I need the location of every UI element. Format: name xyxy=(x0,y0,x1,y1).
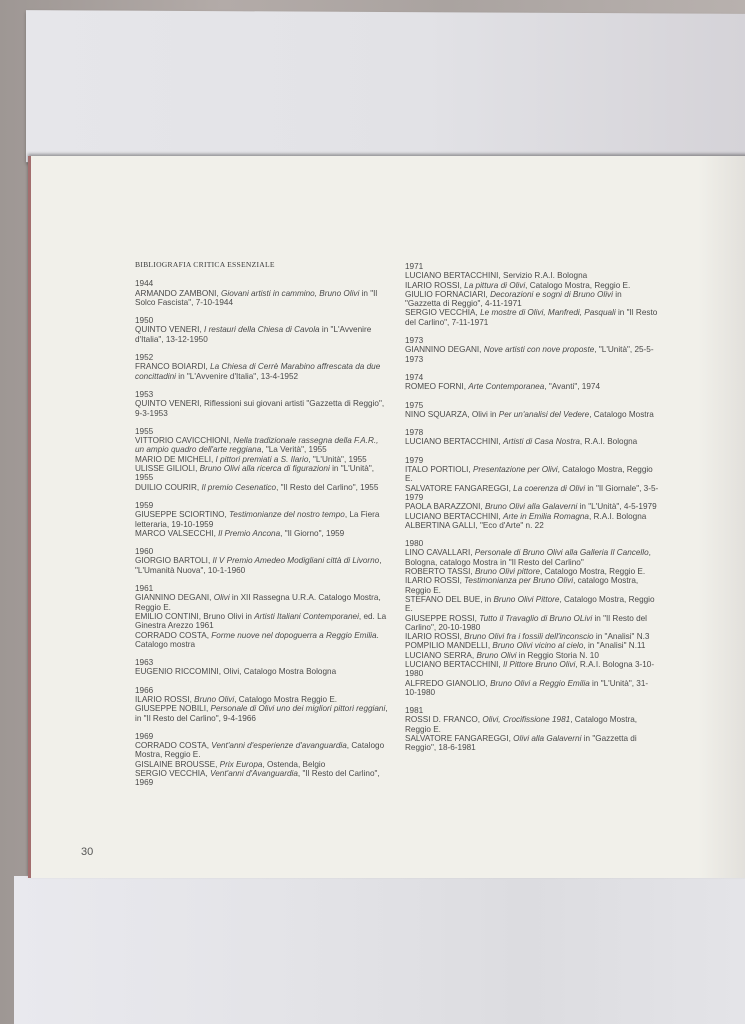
year-list-left: 1944ARMANDO ZAMBONI, Giovani artisti in … xyxy=(135,279,389,787)
entry-author: LINO CAVALLARI xyxy=(405,548,470,557)
entry-title: Forme nuove nel dopoguerra a Reggio Emil… xyxy=(211,631,376,640)
bibliography-entry: ILARIO ROSSI, Testimonianza per Bruno Ol… xyxy=(405,576,659,595)
year-label: 1960 xyxy=(135,547,389,556)
entry-title: Olivi alla Galaverni xyxy=(513,734,581,743)
entry-author: GIANNINO DEGANI xyxy=(135,593,209,602)
page-shadow xyxy=(698,156,745,878)
entry-title: Bruno Olivi fra i fossili dell'inconscio xyxy=(464,632,593,641)
entry-details: , "La Verità", 1955 xyxy=(261,445,326,454)
year-block: 1952FRANCO BOIARDI, La Chiesa di Cerrè M… xyxy=(135,353,389,381)
year-label: 1979 xyxy=(405,456,659,465)
entry-title: Bruno Olivi pittore xyxy=(475,567,540,576)
entry-title: Bruno Olivi xyxy=(476,651,516,660)
entry-author: GIUSEPPE ROSSI xyxy=(405,614,475,623)
entry-title: La coerenza di Olivi xyxy=(513,484,585,493)
bibliography-entry: ILARIO ROSSI, Bruno Olivi fra i fossili … xyxy=(405,632,659,641)
entry-title: Prix Europa xyxy=(220,760,263,769)
bibliography-entry: ULISSE GILIOLI, Bruno Olivi alla ricerca… xyxy=(135,464,389,483)
bibliography-entry: ROSSI D. FRANCO, Olivi, Crocifissione 19… xyxy=(405,715,659,734)
bibliography-entry: SERGIO VECCHIA, Le mostre di Olivi, Manf… xyxy=(405,308,659,327)
bibliography-entry: GIORGIO BARTOLI, Il V Premio Amedeo Modi… xyxy=(135,556,389,575)
bibliography-entry: SALVATORE FANGAREGGI, La coerenza di Oli… xyxy=(405,484,659,503)
entry-title: Testimonianze del nostro tempo xyxy=(229,510,345,519)
bibliography-entry: LINO CAVALLARI, Personale di Bruno Olivi… xyxy=(405,548,659,567)
bibliography-entry: MARIO DE MICHELI, I pittori premiati a S… xyxy=(135,455,389,464)
entry-title: I restauri della Chiesa di Cavola xyxy=(204,325,320,334)
entry-author: DUILIO COURIR xyxy=(135,483,197,492)
entry-title: Presentazione per Olivi xyxy=(473,465,558,474)
entry-title: I pittori premiati a S. Ilario xyxy=(216,455,309,464)
entry-title: Decorazioni e sogni di Bruno Olivi xyxy=(490,290,613,299)
year-label: 1974 xyxy=(405,373,659,382)
year-label: 1975 xyxy=(405,401,659,410)
bibliography-entry: EUGENIO RICCOMINI, Olivi, Catalogo Mostr… xyxy=(135,667,389,676)
entry-title: Tutto il Travaglio di Bruno OLivi xyxy=(479,614,592,623)
year-label: 1978 xyxy=(405,428,659,437)
entry-title: Bruno Olivi xyxy=(194,695,234,704)
entry-title: Bruno Olivi alla Galaverni xyxy=(485,502,577,511)
year-block: 1961GIANNINO DEGANI, Olivi in XII Rasseg… xyxy=(135,584,389,649)
year-block: 1973GIANNINO DEGANI, Nove artisti con no… xyxy=(405,336,659,364)
year-block: 1953QUINTO VENERI, Riflessioni sui giova… xyxy=(135,390,389,418)
entry-author: MARCO VALSECCHI xyxy=(135,529,214,538)
entry-title: Il V Premio Amedeo Modigliani città di L… xyxy=(213,556,380,565)
bibliography-entry: QUINTO VENERI, Riflessioni sui giovani a… xyxy=(135,399,389,418)
entry-author: PAOLA BARAZZONI xyxy=(405,502,480,511)
year-block: 1979ITALO PORTIOLI, Presentazione per Ol… xyxy=(405,456,659,530)
year-label: 1980 xyxy=(405,539,659,548)
entry-title: Vent'anni d'esperienze d'avanguardia xyxy=(211,741,347,750)
entry-author: FRANCO BOIARDI xyxy=(135,362,206,371)
bibliography-entry: STEFANO DEL BUE, in Bruno Olivi Pittore,… xyxy=(405,595,659,614)
entry-title: Artisti Italiani Contemporanei xyxy=(254,612,359,621)
entry-title: Arte in Emilia Romagna xyxy=(503,512,589,521)
entry-author: GISLAINE BROUSSE xyxy=(135,760,215,769)
year-block: 1944ARMANDO ZAMBONI, Giovani artisti in … xyxy=(135,279,389,307)
year-label: 1959 xyxy=(135,501,389,510)
entry-author: GIUSEPPE SCIORTINO xyxy=(135,510,224,519)
entry-author: LUCIANO BERTACCHINI xyxy=(405,512,498,521)
entry-title: Bruno Olivi Pittore xyxy=(493,595,559,604)
entry-details: , "Il Resto del Carlino", 1955 xyxy=(276,483,378,492)
entry-author: LUCIANO BERTACCHINI xyxy=(405,660,498,669)
entry-author: ILARIO ROSSI xyxy=(405,576,460,585)
entry-author: SERGIO VECCHIA xyxy=(135,769,206,778)
entry-details: , "Il Giorno", 1959 xyxy=(280,529,344,538)
entry-details: , R.A.I. Bologna xyxy=(589,512,646,521)
year-block: 1950QUINTO VENERI, I restauri della Chie… xyxy=(135,316,389,344)
entry-title: Arte Contemporanea xyxy=(468,382,544,391)
bibliography-entry: ARMANDO ZAMBONI, Giovani artisti in camm… xyxy=(135,289,389,308)
entry-title: Bruno Olivi alla ricerca di figurazioni xyxy=(200,464,330,473)
year-block: 1974ROMEO FORNI, Arte Contemporanea, "Av… xyxy=(405,373,659,392)
bibliography-entry: GISLAINE BROUSSE, Prix Europa, Ostenda, … xyxy=(135,760,389,769)
bibliography-entry: ROMEO FORNI, Arte Contemporanea, "Avanti… xyxy=(405,382,659,391)
entry-author: SALVATORE FANGAREGGI xyxy=(405,734,509,743)
entry-details: , Catalogo Mostra Reggio E. xyxy=(234,695,337,704)
bibliography-entry: GIUSEPPE NOBILI, Personale di Olivi uno … xyxy=(135,704,389,723)
entry-author: GIULIO FORNACIARI xyxy=(405,290,486,299)
section-title: BIBLIOGRAFIA CRITICA ESSENZIALE xyxy=(135,260,389,269)
year-block: 1963EUGENIO RICCOMINI, Olivi, Catalogo M… xyxy=(135,658,389,677)
entry-title: Personale di Bruno Olivi alla Galleria I… xyxy=(475,548,649,557)
bibliography-entry: ALFREDO GIANOLIO, Bruno Olivi a Reggio E… xyxy=(405,679,659,698)
entry-author: CORRADO COSTA xyxy=(135,631,207,640)
entry-author: ARMANDO ZAMBONI xyxy=(135,289,216,298)
year-label: 1953 xyxy=(135,390,389,399)
entry-author: ROBERTO TASSI xyxy=(405,567,470,576)
bibliography-entry: ALBERTINA GALLI, "Eco d'Arte" n. 22 xyxy=(405,521,659,530)
entry-author: SALVATORE FANGAREGGI xyxy=(405,484,509,493)
bibliography-entry: LUCIANO BERTACCHINI, Il Pittore Bruno Ol… xyxy=(405,660,659,679)
entry-details: in "L'Avvenire d'Italia", 13-4-1952 xyxy=(176,372,298,381)
entry-details: , R.A.I. Bologna xyxy=(580,437,637,446)
adjacent-page-top xyxy=(26,10,745,166)
bibliography-entry: ILARIO ROSSI, La pittura di Olivi, Catal… xyxy=(405,281,659,290)
entry-title: Il Premio Ancona xyxy=(218,529,280,538)
entry-title: Giovani artisti in cammino, Bruno Olivi xyxy=(221,289,359,298)
entry-details: , Catalogo Mostra, Reggio E. xyxy=(540,567,645,576)
bibliography-entry: GIULIO FORNACIARI, Decorazioni e sogni d… xyxy=(405,290,659,309)
entry-title: Vent'anni d'Avanguardia xyxy=(210,769,298,778)
year-label: 1944 xyxy=(135,279,389,288)
year-label: 1981 xyxy=(405,706,659,715)
entry-details: , "Avanti", 1974 xyxy=(544,382,600,391)
entry-author: SERGIO VECCHIA xyxy=(405,308,476,317)
entry-author: CORRADO COSTA xyxy=(135,741,207,750)
entry-title: Testimonianza per Bruno Olivi xyxy=(464,576,573,585)
bibliography-entry: LUCIANO SERRA, Bruno Olivi in Reggio Sto… xyxy=(405,651,659,660)
entry-author: ROSSI D. FRANCO xyxy=(405,715,478,724)
entry-title: Nove artisti con nove proposte xyxy=(484,345,595,354)
bibliography-left-column: BIBLIOGRAFIA CRITICA ESSENZIALE 1944ARMA… xyxy=(135,260,389,797)
entry-details: Servizio R.A.I. Bologna xyxy=(503,271,587,280)
bibliography-entry: POMPILIO MANDELLI, Bruno Olivi vicino al… xyxy=(405,641,659,650)
entry-details: "Eco d'Arte" n. 22 xyxy=(480,521,544,530)
entry-author: ULISSE GILIOLI xyxy=(135,464,195,473)
entry-title: Per un'analisi del Vedere xyxy=(499,410,589,419)
bibliography-entry: GIANNINO DEGANI, Nove artisti con nove p… xyxy=(405,345,659,364)
bibliography-entry: VITTORIO CAVICCHIONI, Nella tradizionale… xyxy=(135,436,389,455)
bibliography-entry: SERGIO VECCHIA, Vent'anni d'Avanguardia,… xyxy=(135,769,389,788)
year-block: 1971LUCIANO BERTACCHINI, Servizio R.A.I.… xyxy=(405,262,659,327)
entry-author: EUGENIO RICCOMINI xyxy=(135,667,219,676)
year-label: 1966 xyxy=(135,686,389,695)
entry-details: Olivi in xyxy=(472,410,499,419)
entry-author: QUINTO VENERI xyxy=(135,399,199,408)
entry-author: GIORGIO BARTOLI xyxy=(135,556,208,565)
entry-title: Personale di Olivi uno dei migliori pitt… xyxy=(211,704,386,713)
entry-author: VITTORIO CAVICCHIONI xyxy=(135,436,229,445)
entry-title: La pittura di Olivi xyxy=(464,281,525,290)
entry-details: in Reggio Storia N. 10 xyxy=(517,651,599,660)
bibliography-entry: CORRADO COSTA, Vent'anni d'esperienze d'… xyxy=(135,741,389,760)
entry-details: Bruno Olivi in xyxy=(203,612,254,621)
bibliography-entry: LUCIANO BERTACCHINI, Artisti di Casa Nos… xyxy=(405,437,659,446)
entry-author: EMILIO CONTINI xyxy=(135,612,199,621)
bibliography-entry: LUCIANO BERTACCHINI, Servizio R.A.I. Bol… xyxy=(405,271,659,280)
entry-author: ITALO PORTIOLI xyxy=(405,465,468,474)
year-block: 1980LINO CAVALLARI, Personale di Bruno O… xyxy=(405,539,659,697)
entry-author: ILARIO ROSSI xyxy=(405,281,460,290)
year-block: 1978LUCIANO BERTACCHINI, Artisti di Casa… xyxy=(405,428,659,447)
entry-title: Bruno Olivi vicino al cielo xyxy=(492,641,583,650)
entry-author: ALBERTINA GALLI xyxy=(405,521,475,530)
bibliography-entry: ILARIO ROSSI, Bruno Olivi, Catalogo Most… xyxy=(135,695,389,704)
entry-author: LUCIANO SERRA xyxy=(405,651,472,660)
entry-author: LUCIANO BERTACCHINI xyxy=(405,271,498,280)
year-label: 1963 xyxy=(135,658,389,667)
year-label: 1961 xyxy=(135,584,389,593)
bibliography-entry: GIUSEPPE ROSSI, Tutto il Travaglio di Br… xyxy=(405,614,659,633)
entry-details: , Ostenda, Belgio xyxy=(262,760,325,769)
bibliography-entry: DUILIO COURIR, Il premio Cesenatico, "Il… xyxy=(135,483,389,492)
bibliography-entry: ROBERTO TASSI, Bruno Olivi pittore, Cata… xyxy=(405,567,659,576)
year-block: 1981ROSSI D. FRANCO, Olivi, Crocifission… xyxy=(405,706,659,752)
year-block: 1960GIORGIO BARTOLI, Il V Premio Amedeo … xyxy=(135,547,389,575)
bibliography-entry: SALVATORE FANGAREGGI, Olivi alla Galaver… xyxy=(405,734,659,753)
bibliography-entry: CORRADO COSTA, Forme nuove nel dopoguerr… xyxy=(135,631,389,650)
bibliography-entry: GIUSEPPE SCIORTINO, Testimonianze del no… xyxy=(135,510,389,529)
year-label: 1973 xyxy=(405,336,659,345)
bibliography-right-column: 1971LUCIANO BERTACCHINI, Servizio R.A.I.… xyxy=(405,262,659,762)
entry-title: Il Pittore Bruno Olivi xyxy=(503,660,575,669)
year-block: 1955VITTORIO CAVICCHIONI, Nella tradizio… xyxy=(135,427,389,492)
entry-title: Le mostre di Olivi, Manfredi, Pasquali xyxy=(480,308,616,317)
bibliography-entry: GIANNINO DEGANI, Olivi in XII Rassegna U… xyxy=(135,593,389,612)
entry-title: Olivi, Crocifissione 1981 xyxy=(482,715,570,724)
entry-details: , in "Analisi" N.11 xyxy=(583,641,645,650)
entry-title: Bruno Olivi a Reggio Emilia xyxy=(490,679,590,688)
entry-author: ALFREDO GIANOLIO xyxy=(405,679,486,688)
year-label: 1971 xyxy=(405,262,659,271)
bibliography-entry: EMILIO CONTINI, Bruno Olivi in Artisti I… xyxy=(135,612,389,631)
entry-details: in "L'Unità", 4-5-1979 xyxy=(577,502,656,511)
year-block: 1966ILARIO ROSSI, Bruno Olivi, Catalogo … xyxy=(135,686,389,723)
entry-details: , "L'Unità", 1955 xyxy=(308,455,366,464)
entry-details: in "Analisi" N.3 xyxy=(594,632,650,641)
book-page: BIBLIOGRAFIA CRITICA ESSENZIALE 1944ARMA… xyxy=(28,156,745,878)
entry-author: LUCIANO BERTACCHINI xyxy=(405,437,498,446)
bibliography-entry: MARCO VALSECCHI, Il Premio Ancona, "Il G… xyxy=(135,529,389,538)
year-block: 1969CORRADO COSTA, Vent'anni d'esperienz… xyxy=(135,732,389,788)
entry-author: STEFANO DEL BUE xyxy=(405,595,480,604)
year-label: 1952 xyxy=(135,353,389,362)
page-number: 30 xyxy=(81,846,93,858)
bibliography-entry: QUINTO VENERI, I restauri della Chiesa d… xyxy=(135,325,389,344)
entry-author: ILARIO ROSSI xyxy=(135,695,190,704)
entry-author: ILARIO ROSSI xyxy=(405,632,460,641)
entry-details: , Catalogo Mostra, Reggio E. xyxy=(525,281,630,290)
bibliography-entry: PAOLA BARAZZONI, Bruno Olivi alla Galave… xyxy=(405,502,659,511)
entry-author: MARIO DE MICHELI xyxy=(135,455,211,464)
bibliography-entry: LUCIANO BERTACCHINI, Arte in Emilia Roma… xyxy=(405,512,659,521)
bibliography-entry: NINO SQUARZA, Olivi in Per un'analisi de… xyxy=(405,410,659,419)
entry-details: , Catalogo Mostra xyxy=(589,410,654,419)
entry-author: POMPILIO MANDELLI xyxy=(405,641,488,650)
year-label: 1955 xyxy=(135,427,389,436)
entry-details: Olivi, Catalogo Mostra Bologna xyxy=(223,667,336,676)
year-label: 1950 xyxy=(135,316,389,325)
adjacent-page-bottom xyxy=(14,876,745,1024)
entry-title: Il premio Cesenatico xyxy=(201,483,276,492)
bibliography-entry: FRANCO BOIARDI, La Chiesa di Cerrè Marab… xyxy=(135,362,389,381)
entry-title: Artisti di Casa Nostra xyxy=(503,437,580,446)
entry-author: ROMEO FORNI xyxy=(405,382,464,391)
entry-title: Olivi xyxy=(214,593,230,602)
entry-author: GIANNINO DEGANI xyxy=(405,345,479,354)
entry-author: GIUSEPPE NOBILI xyxy=(135,704,206,713)
entry-author: QUINTO VENERI xyxy=(135,325,199,334)
entry-author: NINO SQUARZA xyxy=(405,410,467,419)
bibliography-entry: ITALO PORTIOLI, Presentazione per Olivi,… xyxy=(405,465,659,484)
year-block: 1975NINO SQUARZA, Olivi in Per un'analis… xyxy=(405,401,659,420)
year-block: 1959GIUSEPPE SCIORTINO, Testimonianze de… xyxy=(135,501,389,538)
year-list-right: 1971LUCIANO BERTACCHINI, Servizio R.A.I.… xyxy=(405,262,659,753)
year-label: 1969 xyxy=(135,732,389,741)
